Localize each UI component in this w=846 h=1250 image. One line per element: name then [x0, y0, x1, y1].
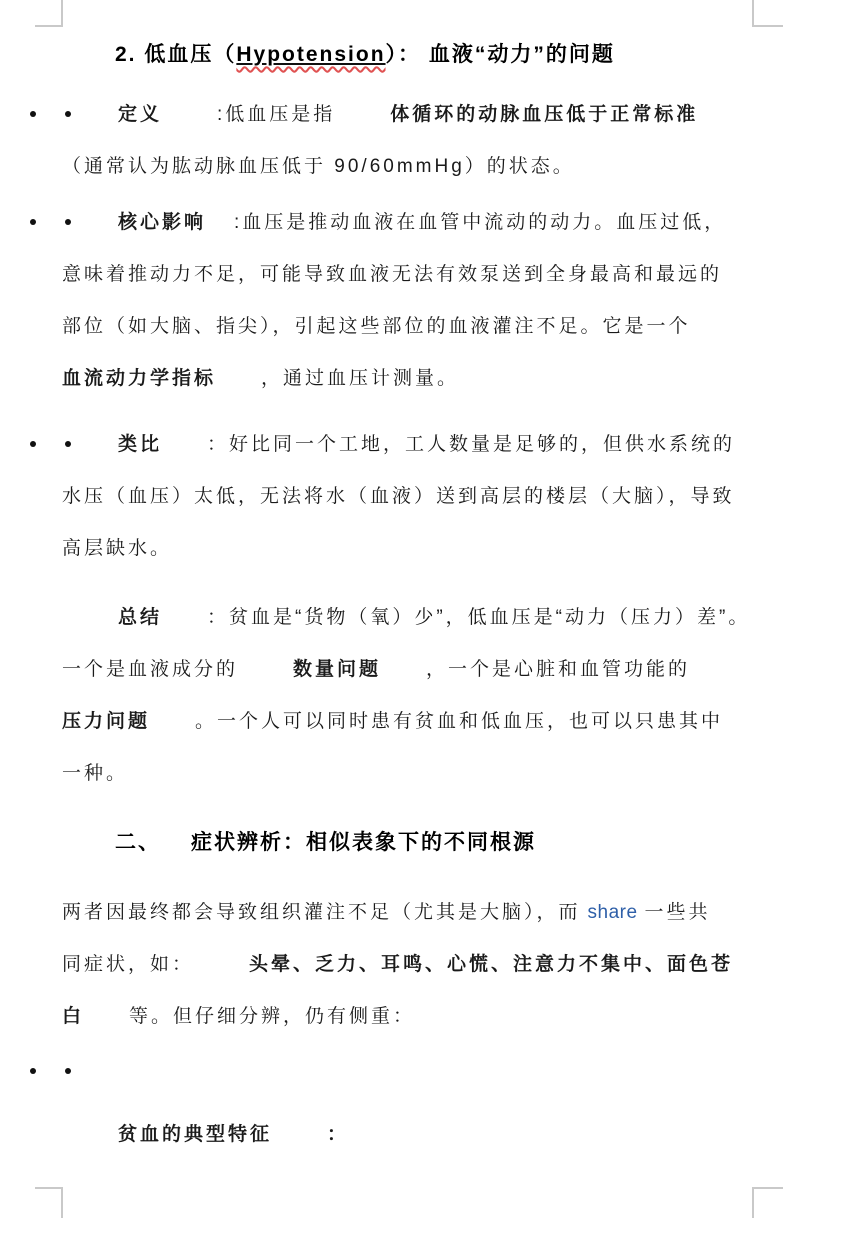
bullet-dot-icon [65, 219, 71, 225]
document-page: 2. 低血压（Hypotension）： 血液“动力”的问题 定义:低血压是指体… [0, 0, 846, 1250]
term-label: 定义 [118, 104, 162, 125]
margin-mark-top-right-icon [752, 0, 783, 27]
text-line: 一种。 [62, 748, 762, 800]
bullet-item-definition: 定义:低血压是指体循环的动脉血压低于正常标准 （通常认为肱动脉血压低于 90/6… [62, 89, 762, 193]
term-label: 核心影响 [118, 212, 206, 233]
emphasis-text: 数量问题 [293, 659, 381, 680]
emphasis-text: 血流动力学指标 [62, 368, 216, 389]
body-text: 等。但仔细分辨，仍有侧重： [129, 1006, 415, 1027]
body-text: :血压是推动血液在血管中流动的动力。血压过低， [234, 212, 726, 233]
bullet-dot-icon [30, 1068, 36, 1074]
text-line: 白等。但仔细分辨，仍有侧重： [62, 991, 762, 1043]
text-line: 总结：贫血是“货物（氧）少”，低血压是“动力（压力）差”。 [62, 592, 762, 644]
text-line: 高层缺水。 [62, 523, 762, 575]
bullet-dot-icon [65, 1068, 71, 1074]
heading-text: 症状辨析：相似表象下的不同根源 [191, 831, 536, 854]
text-line: 两者因最终都会导致组织灌注不足（尤其是大脑），而share一些共 [62, 887, 762, 939]
bullet-dot-icon [30, 219, 36, 225]
term-label: 类比 [118, 434, 162, 455]
text-line: 一个是血液成分的数量问题，一个是心脏和血管功能的 [62, 644, 762, 696]
text-line: 压力问题。一个人可以同时患有贫血和低血压，也可以只患其中 [62, 696, 762, 748]
text-line: 类比：好比同一个工地，工人数量是足够的，但供水系统的 [62, 419, 762, 471]
body-text: 一个是血液成分的 [62, 659, 238, 680]
margin-mark-top-left-icon [35, 0, 63, 27]
misspelled-word-underline: Hypotension [236, 43, 385, 66]
term-label: 贫血的典型特征 [118, 1124, 272, 1145]
heading-hypotension: 2. 低血压（Hypotension）： 血液“动力”的问题 [62, 29, 762, 81]
margin-mark-bottom-right-icon [752, 1187, 783, 1218]
emphasis-text: 体循环的动脉血压低于正常标准 [390, 104, 698, 125]
body-text: ，一个是心脏和血管功能的 [426, 659, 690, 680]
paragraph-shared-symptoms: 两者因最终都会导致组织灌注不足（尤其是大脑），而share一些共 同症状，如：头… [62, 887, 762, 1043]
body-text: ：好比同一个工地，工人数量是足够的，但供水系统的 [207, 434, 735, 455]
heading-text: 2. 低血压（ [115, 43, 236, 66]
heading-text: ）： 血液“动力”的问题 [386, 43, 615, 66]
term-colon: ： [327, 1124, 349, 1145]
emphasis-text: 头晕、乏力、耳鸣、心慌、注意力不集中、面色苍 [249, 954, 733, 975]
english-word-share: share [588, 902, 638, 923]
text-line: 贫血的典型特征： [62, 1109, 762, 1161]
heading-line: 2. 低血压（Hypotension）： 血液“动力”的问题 [62, 29, 762, 81]
body-text: 水压（血压）太低，无法将水（血液）送到高层的楼层（大脑），导致 [62, 486, 735, 507]
bullet-dot-icon [30, 111, 36, 117]
text-line: 同症状，如：头晕、乏力、耳鸣、心慌、注意力不集中、面色苍 [62, 939, 762, 991]
text-line: 血流动力学指标，通过血压计测量。 [62, 353, 762, 405]
spellcheck-squiggle: Hypotension [236, 43, 385, 66]
emphasis-text: 白 [62, 1006, 84, 1027]
paragraph-anemia-features: 贫血的典型特征： [62, 1109, 762, 1161]
body-text: :低血压是指 [217, 104, 335, 125]
text-line: 核心影响:血压是推动血液在血管中流动的动力。血压过低， [62, 197, 762, 249]
body-text: ：贫血是“货物（氧）少”，低血压是“动力（压力）差”。 [207, 607, 750, 628]
heading-symptom-analysis: 二、症状辨析：相似表象下的不同根源 [62, 817, 762, 869]
body-text: 意味着推动力不足，可能导致血液无法有效泵送到全身最高和最远的 [62, 264, 722, 285]
text-line: 部位（如大脑、指尖），引起这些部位的血液灌注不足。它是一个 [62, 301, 762, 353]
emphasis-text: 压力问题 [62, 711, 150, 732]
heading-line: 二、症状辨析：相似表象下的不同根源 [62, 817, 762, 869]
text-line: 意味着推动力不足，可能导致血液无法有效泵送到全身最高和最远的 [62, 249, 762, 301]
body-text: 一种。 [62, 763, 128, 784]
text-line: 定义:低血压是指体循环的动脉血压低于正常标准 [62, 89, 762, 141]
paragraph-summary: 总结：贫血是“货物（氧）少”，低血压是“动力（压力）差”。 一个是血液成分的数量… [62, 592, 762, 800]
margin-mark-bottom-left-icon [35, 1187, 63, 1218]
bullet-dot-icon [65, 441, 71, 447]
body-text: 两者因最终都会导致组织灌注不足（尤其是大脑），而 [62, 902, 581, 923]
bullet-dot-icon [65, 111, 71, 117]
bullet-item-analogy: 类比：好比同一个工地，工人数量是足够的，但供水系统的 水压（血压）太低，无法将水… [62, 419, 762, 575]
body-text: 一些共 [645, 902, 711, 923]
body-text: 同症状，如： [62, 954, 194, 975]
heading-number: 二、 [115, 831, 161, 854]
term-label: 总结 [118, 607, 162, 628]
text-line: 水压（血压）太低，无法将水（血液）送到高层的楼层（大脑），导致 [62, 471, 762, 523]
body-text: 高层缺水。 [62, 538, 172, 559]
bullet-dot-icon [30, 441, 36, 447]
body-text: 部位（如大脑、指尖），引起这些部位的血液灌注不足。它是一个 [62, 316, 691, 337]
bullet-item-empty [62, 1046, 762, 1098]
body-text: 。一个人可以同时患有贫血和低血压，也可以只患其中 [195, 711, 723, 732]
bullet-item-core-impact: 核心影响:血压是推动血液在血管中流动的动力。血压过低， 意味着推动力不足，可能导… [62, 197, 762, 405]
body-text: （通常认为肱动脉血压低于 90/60mmHg）的状态。 [62, 156, 575, 177]
body-text: ，通过血压计测量。 [261, 368, 459, 389]
text-line: （通常认为肱动脉血压低于 90/60mmHg）的状态。 [62, 141, 762, 193]
